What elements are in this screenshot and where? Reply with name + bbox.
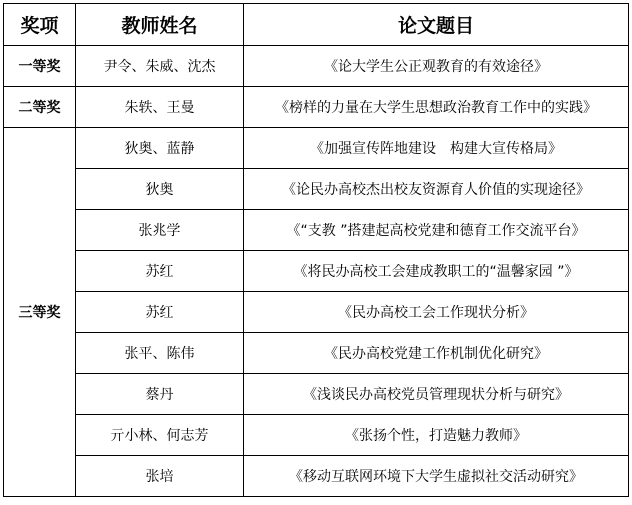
table-row: 苏红 《将民办高校工会建成教职工的“温馨家园 ”》 [4,251,629,292]
award-level-third: 三等奖 [4,128,76,497]
teacher-names: 朱轶、王曼 [76,87,244,128]
paper-title: 《张扬个性，打造魅力教师》 [244,415,629,456]
paper-title: 《榜样的力量在大学生思想政治教育工作中的实践》 [244,87,629,128]
header-paper-title: 论文题目 [244,4,629,46]
table-row: 张培 《移动互联网环境下大学生虚拟社交活动研究》 [4,456,629,497]
paper-title: 《浅谈民办高校党员管理现状分析与研究》 [244,374,629,415]
teacher-names: 狄奥、蓝静 [76,128,244,169]
table-row: 狄奥 《论民办高校杰出校友资源育人价值的实现途径》 [4,169,629,210]
header-row: 奖项 教师姓名 论文题目 [4,4,629,46]
teacher-names: 苏红 [76,251,244,292]
paper-title: 《加强宣传阵地建设 构建大宣传格局》 [244,128,629,169]
paper-title: 《移动互联网环境下大学生虚拟社交活动研究》 [244,456,629,497]
teacher-names: 苏红 [76,292,244,333]
teacher-names: 亓小林、何志芳 [76,415,244,456]
paper-title: 《论大学生公正观教育的有效途径》 [244,46,629,87]
header-teacher-names: 教师姓名 [76,4,244,46]
teacher-names: 张培 [76,456,244,497]
table-row: 三等奖 狄奥、蓝静 《加强宣传阵地建设 构建大宣传格局》 [4,128,629,169]
award-level-first: 一等奖 [4,46,76,87]
paper-title: 《民办高校党建工作机制优化研究》 [244,333,629,374]
teacher-names: 蔡丹 [76,374,244,415]
table-row: 二等奖 朱轶、王曼 《榜样的力量在大学生思想政治教育工作中的实践》 [4,87,629,128]
table-row: 一等奖 尹令、朱威、沈杰 《论大学生公正观教育的有效途径》 [4,46,629,87]
table-row: 亓小林、何志芳 《张扬个性，打造魅力教师》 [4,415,629,456]
table-row: 蔡丹 《浅谈民办高校党员管理现状分析与研究》 [4,374,629,415]
header-award: 奖项 [4,4,76,46]
teacher-names: 张兆学 [76,210,244,251]
paper-title: 《论民办高校杰出校友资源育人价值的实现途径》 [244,169,629,210]
teacher-names: 狄奥 [76,169,244,210]
paper-title: 《将民办高校工会建成教职工的“温馨家园 ”》 [244,251,629,292]
paper-title: 《民办高校工会工作现状分析》 [244,292,629,333]
paper-title: 《“支教 ”搭建起高校党建和德育工作交流平台》 [244,210,629,251]
teacher-names: 张平、陈伟 [76,333,244,374]
awards-table: 奖项 教师姓名 论文题目 一等奖 尹令、朱威、沈杰 《论大学生公正观教育的有效途… [3,3,629,497]
award-level-second: 二等奖 [4,87,76,128]
table-row: 张兆学 《“支教 ”搭建起高校党建和德育工作交流平台》 [4,210,629,251]
table-row: 苏红 《民办高校工会工作现状分析》 [4,292,629,333]
table-row: 张平、陈伟 《民办高校党建工作机制优化研究》 [4,333,629,374]
teacher-names: 尹令、朱威、沈杰 [76,46,244,87]
